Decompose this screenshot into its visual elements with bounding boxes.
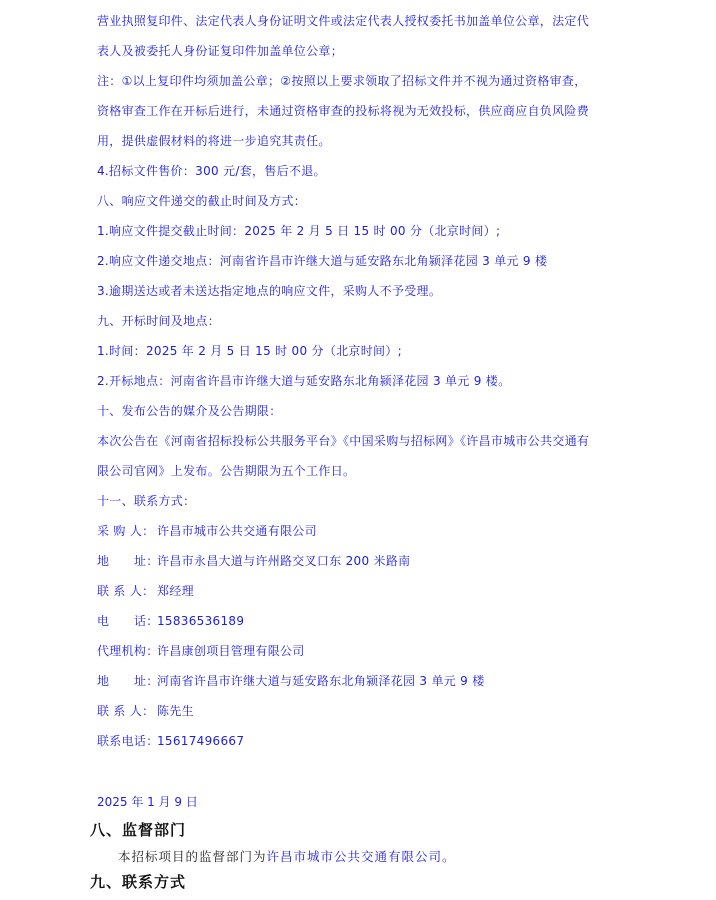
contact-address: 地 址：许昌市永昌大道与许州路交叉口东 200 米路南 (97, 553, 410, 569)
text-line: 营业执照复印件、法定代表人身份证明文件或法定代表人授权委托书加盖单位公章，法定代 (97, 13, 589, 29)
section-heading: 八、响应文件递交的截止时间及方式： (97, 193, 306, 209)
text-line: 用，提供虚假材料的将进一步追究其责任。 (97, 133, 331, 149)
section-heading-supervision: 八、监督部门 (90, 819, 186, 840)
text-line: 3.逾期送达或者未送达指定地点的响应文件，采购人不予受理。 (97, 283, 441, 299)
note-line: 注：①以上复印件均须加盖公章；②按照以上要求领取了招标文件并不视为通过资格审查， (97, 73, 587, 89)
supervision-org: 许昌市城市公共交通有限公司 (267, 849, 443, 864)
submission-location-line: 2.响应文件递交地点：河南省许昌市许继大道与延安路东北角颍泽花园 3 单元 9 … (97, 253, 547, 269)
opening-time-line: 1.时间：2025 年 2 月 5 日 15 时 00 分（北京时间）; (97, 343, 402, 359)
contact-value: 郑经理 (157, 584, 194, 598)
contact-label: 电 话： (97, 613, 157, 629)
contact-agency: 代理机构：许昌康创项目管理有限公司 (97, 643, 305, 659)
publish-date: 2025 年 1 月 9 日 (97, 793, 198, 810)
text-line: 限公司官网》上发布。公告期限为五个工作日。 (97, 463, 355, 479)
contact-label: 联系电话： (97, 733, 157, 749)
contact-value: 许昌康创项目管理有限公司 (157, 644, 305, 658)
contact-purchaser: 采 购 人：许昌市城市公共交通有限公司 (97, 523, 317, 539)
contact-value: 陈先生 (157, 704, 194, 718)
deadline-line: 1.响应文件提交截止时间：2025 年 2 月 5 日 15 时 00 分（北京… (97, 223, 500, 239)
contact-agency-address: 地 址：河南省许昌市许继大道与延安路东北角颍泽花园 3 单元 9 楼 (97, 673, 485, 689)
text-line: 表人及被委托人身份证复印件加盖单位公章； (97, 43, 343, 59)
contact-phone: 电 话：15836536189 (97, 613, 244, 629)
section-heading: 九、开标时间及地点： (97, 313, 220, 329)
contact-label: 联 系 人： (97, 583, 157, 599)
price-line: 4.招标文件售价：300 元/套，售后不退。 (97, 163, 326, 179)
text-line: 本次公告在《河南省招标投标公共服务平台》《中国采购与招标网》《许昌市城市公共交通… (97, 433, 589, 449)
contact-label: 采 购 人： (97, 523, 157, 539)
contact-value: 河南省许昌市许继大道与延安路东北角颍泽花园 3 单元 9 楼 (157, 674, 485, 688)
contact-label: 联 系 人： (97, 703, 157, 719)
text-line: 资格审查工作在开标后进行，未通过资格审查的投标将视为无效投标，供应商应自负风险费 (97, 103, 589, 119)
contact-value: 许昌市城市公共交通有限公司 (157, 524, 317, 538)
supervision-text: 本招标项目的监督部门为 (118, 849, 267, 864)
contact-agency-person: 联 系 人：陈先生 (97, 703, 194, 719)
section-heading-contact: 九、联系方式 (90, 871, 186, 892)
contact-value: 许昌市永昌大道与许州路交叉口东 200 米路南 (157, 554, 410, 568)
contact-value: 15836536189 (157, 614, 244, 628)
section-heading: 十、发布公告的媒介及公告期限： (97, 403, 282, 419)
contact-agency-phone: 联系电话：15617496667 (97, 733, 244, 749)
contact-label: 代理机构： (97, 643, 157, 659)
section-heading: 十一、联系方式： (97, 493, 195, 509)
contact-label: 地 址： (97, 553, 157, 569)
supervision-suffix: 。 (442, 849, 456, 864)
opening-location-line: 2.开标地点：河南省许昌市许继大道与延安路东北角颍泽花园 3 单元 9 楼。 (97, 373, 510, 389)
contact-person: 联 系 人：郑经理 (97, 583, 194, 599)
contact-value: 15617496667 (157, 734, 244, 748)
contact-label: 地 址： (97, 673, 157, 689)
supervision-paragraph: 本招标项目的监督部门为许昌市城市公共交通有限公司。 (118, 847, 456, 865)
